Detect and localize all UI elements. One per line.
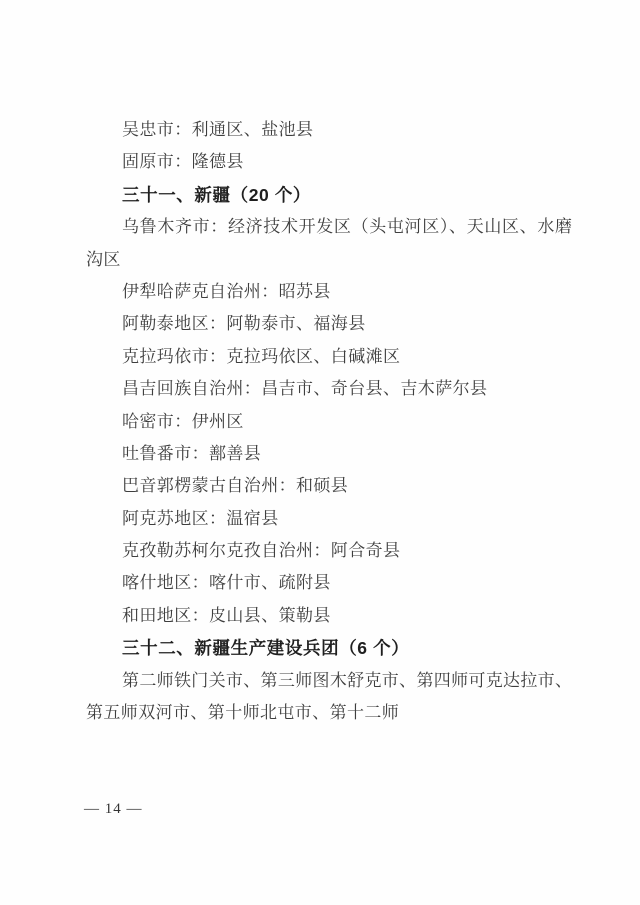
document-line: 乌鲁木齐市：经济技术开发区（头屯河区）、天山区、水磨 — [86, 211, 572, 243]
document-line: 吴忠市：利通区、盐池县 — [86, 114, 572, 146]
section-heading: 三十一、新疆（20 个） — [86, 179, 572, 211]
document-line: 克孜勒苏柯尔克孜自治州：阿合奇县 — [86, 535, 572, 567]
document-line: 哈密市：伊州区 — [86, 406, 572, 438]
document-line: 吐鲁番市：鄯善县 — [86, 438, 572, 470]
page-number: — 14 — — [84, 801, 143, 818]
document-line: 阿勒泰地区：阿勒泰市、福海县 — [86, 308, 572, 340]
document-line: 和田地区：皮山县、策勒县 — [86, 600, 572, 632]
document-line: 沟区 — [86, 244, 572, 276]
document-line: 昌吉回族自治州：昌吉市、奇台县、吉木萨尔县 — [86, 373, 572, 405]
document-body: 吴忠市：利通区、盐池县 固原市：隆德县 三十一、新疆（20 个） 乌鲁木齐市：经… — [86, 114, 572, 729]
document-line: 固原市：隆德县 — [86, 146, 572, 178]
document-line: 第二师铁门关市、第三师图木舒克市、第四师可克达拉市、 — [86, 665, 572, 697]
section-heading: 三十二、新疆生产建设兵团（6 个） — [86, 632, 572, 664]
document-line: 喀什地区：喀什市、疏附县 — [86, 567, 572, 599]
document-line: 第五师双河市、第十师北屯市、第十二师 — [86, 697, 572, 729]
document-line: 克拉玛依市：克拉玛依区、白碱滩区 — [86, 341, 572, 373]
document-line: 伊犁哈萨克自治州：昭苏县 — [86, 276, 572, 308]
document-page: 吴忠市：利通区、盐池县 固原市：隆德县 三十一、新疆（20 个） 乌鲁木齐市：经… — [0, 0, 640, 905]
document-line: 阿克苏地区：温宿县 — [86, 503, 572, 535]
document-line: 巴音郭楞蒙古自治州：和硕县 — [86, 470, 572, 502]
